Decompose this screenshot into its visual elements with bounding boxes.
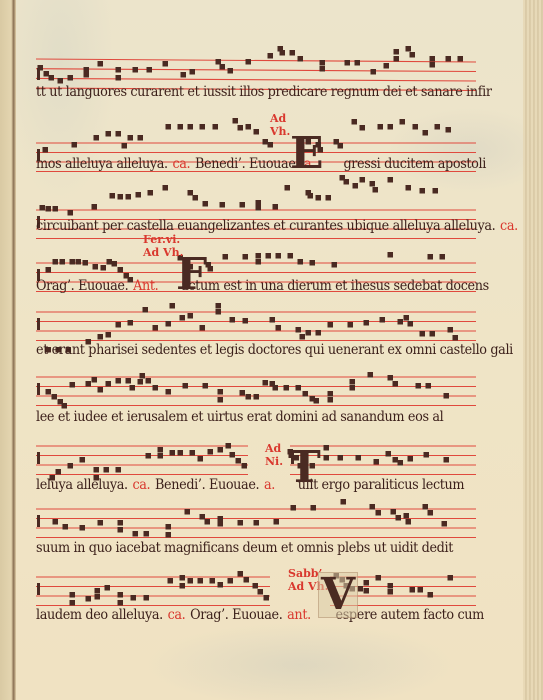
neume-note xyxy=(126,194,132,200)
neume-note xyxy=(116,75,122,81)
neume-note xyxy=(130,385,136,391)
neume-note xyxy=(428,254,434,260)
neume-note xyxy=(244,577,250,583)
neume-note xyxy=(84,67,90,73)
chant-text-line: tt ut languores curarent et iussit illos… xyxy=(36,84,473,102)
staff-line xyxy=(36,69,476,72)
neume-note xyxy=(388,124,394,130)
neume-note xyxy=(158,447,164,453)
neume-note xyxy=(444,457,450,463)
chant-text: et erant pharisei sedentes et legis doct… xyxy=(36,342,513,358)
neume-note xyxy=(430,331,436,337)
neume-note xyxy=(253,583,259,589)
neume-note xyxy=(40,205,46,211)
neume-note xyxy=(230,452,236,458)
chant-text: mos alleluya alleluya. xyxy=(36,156,168,172)
rubric-line: Ad xyxy=(265,442,283,455)
neume-note xyxy=(311,505,317,511)
neume-note xyxy=(254,129,260,135)
neume-note xyxy=(200,124,206,130)
neume-note xyxy=(118,527,124,533)
neume-note xyxy=(181,72,187,78)
chant-text: ulit ergo paraliticus lectum xyxy=(298,477,464,493)
clef-icon xyxy=(37,583,40,595)
neume-note xyxy=(216,303,222,309)
clef-icon xyxy=(37,318,40,330)
neume-note xyxy=(80,457,86,463)
neume-note xyxy=(398,460,404,466)
neume-note xyxy=(240,202,246,208)
neume-note xyxy=(118,267,124,273)
neume-note xyxy=(112,261,118,267)
neume-note xyxy=(116,467,122,473)
neume-note xyxy=(394,56,400,62)
neume-note xyxy=(288,253,294,259)
neume-note xyxy=(316,195,322,201)
neume-note xyxy=(314,398,320,404)
decorated-initial: F xyxy=(176,253,207,297)
neume-note xyxy=(243,254,249,260)
neume-note xyxy=(240,390,246,396)
neume-note xyxy=(198,578,204,584)
neume-note xyxy=(138,135,144,141)
neume-note xyxy=(413,124,419,130)
neume-note xyxy=(423,130,429,136)
neume-note xyxy=(216,59,222,65)
neume-note xyxy=(133,531,139,537)
neume-note xyxy=(391,509,397,515)
neume-note xyxy=(268,53,274,59)
neume-note xyxy=(218,582,224,588)
neume-note xyxy=(256,259,262,265)
neume-note xyxy=(348,322,354,328)
neume-note xyxy=(220,64,226,70)
neume-note xyxy=(166,124,172,130)
neume-note xyxy=(326,195,332,201)
rubric-line: Ni. xyxy=(265,455,283,468)
neume-note xyxy=(254,394,260,400)
neume-note xyxy=(93,264,99,270)
neume-note xyxy=(368,372,374,378)
neume-note xyxy=(94,135,100,141)
neume-note xyxy=(345,60,351,66)
neume-note xyxy=(213,124,219,130)
neume-note xyxy=(384,63,390,69)
neume-note xyxy=(398,319,404,325)
neume-note xyxy=(238,520,244,526)
neume-note xyxy=(200,514,206,520)
rubric-line: Vh. xyxy=(270,125,290,138)
neume-note xyxy=(128,320,134,326)
neume-note xyxy=(158,453,164,459)
neume-note xyxy=(116,67,122,73)
neume-note xyxy=(70,382,76,388)
neume-note xyxy=(230,317,236,323)
neume-note xyxy=(106,381,112,387)
staff xyxy=(36,499,476,538)
neume-note xyxy=(56,469,62,475)
neume-note xyxy=(153,385,159,391)
neume-note xyxy=(408,456,414,462)
neume-note xyxy=(49,75,55,81)
chant-text: gressi ducitem apostoli xyxy=(343,156,486,172)
neume-note xyxy=(430,62,436,68)
neume-note xyxy=(306,330,312,336)
neume-note xyxy=(353,183,359,189)
neume-note xyxy=(95,588,101,594)
neume-note xyxy=(418,587,424,593)
neume-note xyxy=(285,185,291,191)
neume-note xyxy=(408,321,414,327)
neume-note xyxy=(168,578,174,584)
neume-note xyxy=(220,202,226,208)
neume-note xyxy=(144,595,150,601)
neume-note xyxy=(355,60,361,66)
neume-note xyxy=(62,403,68,409)
neume-note xyxy=(76,259,82,265)
neume-note xyxy=(356,455,362,461)
rubric-heading: AdVh. xyxy=(270,112,290,138)
rubric-text: Ant. xyxy=(133,278,158,294)
neume-note xyxy=(68,75,74,81)
neume-note xyxy=(370,181,376,187)
neume-note xyxy=(440,254,446,260)
neume-note xyxy=(376,575,382,581)
neume-note xyxy=(308,193,314,199)
neume-note xyxy=(370,504,376,510)
rubric-line: Ad xyxy=(270,112,290,125)
neume-note xyxy=(291,505,297,511)
decorated-initial: E xyxy=(290,132,324,176)
neume-note xyxy=(80,525,86,531)
neume-note xyxy=(46,267,52,273)
neume-note xyxy=(435,124,441,130)
neume-note xyxy=(458,56,464,62)
chant-text-line: Orag’. Euouae.Ant.actum est in una dieru… xyxy=(36,278,473,296)
neume-note xyxy=(218,521,224,527)
neume-note xyxy=(373,187,379,193)
neume-note xyxy=(136,192,142,198)
neume-note xyxy=(180,583,186,589)
neume-note xyxy=(388,589,394,595)
neume-note xyxy=(388,252,394,258)
neume-note xyxy=(216,309,222,315)
chant-text: laudem deo alleluya. xyxy=(36,607,163,623)
neume-note xyxy=(140,373,146,379)
neume-note xyxy=(280,50,286,56)
chant-text: lee et iudee et ierusalem et uirtus erat… xyxy=(36,409,443,425)
neume-note xyxy=(146,453,152,459)
neume-note xyxy=(364,588,370,594)
neume-note xyxy=(53,259,59,265)
neume-note xyxy=(256,253,262,259)
neume-note xyxy=(270,317,276,323)
neume-note xyxy=(380,317,386,323)
neume-note xyxy=(60,259,66,265)
neume-note xyxy=(406,46,412,52)
neume-note xyxy=(258,589,264,595)
neume-note xyxy=(273,385,279,391)
chant-text: suum in quo iacebat magnificans deum et … xyxy=(36,540,453,556)
chant-text: Benedi’. Euouae. xyxy=(195,156,299,172)
neume-note xyxy=(133,67,139,73)
neume-note xyxy=(236,458,242,464)
neume-note xyxy=(180,315,186,321)
neume-note xyxy=(205,519,211,525)
neume-note xyxy=(188,190,194,196)
neume-note xyxy=(341,499,347,505)
neume-note xyxy=(107,259,113,265)
chant-text-line: circuibant per castella euangelizantes e… xyxy=(36,218,473,236)
neume-note xyxy=(264,595,270,601)
neume-note xyxy=(388,583,394,589)
neume-note xyxy=(118,194,124,200)
neume-note xyxy=(328,322,334,328)
neume-note xyxy=(98,387,104,393)
neume-note xyxy=(104,467,110,473)
neume-note xyxy=(203,383,209,389)
neume-note xyxy=(273,204,279,210)
neume-note xyxy=(284,385,290,391)
neume-note xyxy=(420,331,426,337)
rubric-text: ca. xyxy=(500,218,518,234)
neume-note xyxy=(166,389,172,395)
neume-note xyxy=(116,131,122,137)
neume-note xyxy=(147,67,153,73)
neume-note xyxy=(448,575,454,581)
neume-note xyxy=(428,510,434,516)
neume-note xyxy=(276,253,282,259)
neume-note xyxy=(188,578,194,584)
chant-text: Orag’. Euouae. xyxy=(190,607,282,623)
neume-note xyxy=(148,190,154,196)
neume-note xyxy=(263,139,269,145)
neume-note xyxy=(360,177,366,183)
neume-note xyxy=(166,321,172,327)
neume-note xyxy=(410,52,416,58)
neume-note xyxy=(126,378,132,384)
neume-note xyxy=(376,510,382,516)
neume-note xyxy=(116,378,122,384)
neume-note xyxy=(110,193,116,199)
neume-note xyxy=(52,394,58,400)
neume-note xyxy=(86,381,92,387)
neume-note xyxy=(228,68,234,74)
neume-note xyxy=(92,377,98,383)
neume-note xyxy=(118,592,124,598)
neume-note xyxy=(185,509,191,515)
neume-note xyxy=(256,200,262,206)
neume-note xyxy=(396,515,402,521)
neume-note xyxy=(424,452,430,458)
chant-text-line: suum in quo iacebat magnificans deum et … xyxy=(36,540,473,558)
neume-note xyxy=(446,127,452,133)
chant-text: circuibant per castella euangelizantes e… xyxy=(36,218,495,234)
neume-note xyxy=(83,260,89,266)
neume-note xyxy=(324,445,330,451)
neume-note xyxy=(208,449,214,455)
neume-note xyxy=(143,307,149,313)
neume-note xyxy=(386,451,392,457)
neume-note xyxy=(198,456,204,462)
neume-note xyxy=(58,78,64,84)
neume-note xyxy=(228,578,234,584)
neume-note xyxy=(246,124,252,130)
neume-note xyxy=(68,210,74,216)
neume-note xyxy=(106,332,112,338)
neume-note xyxy=(101,265,107,271)
neume-note xyxy=(393,457,399,463)
neume-note xyxy=(263,380,269,386)
neume-note xyxy=(106,131,112,137)
neume-note xyxy=(98,334,104,340)
neume-note xyxy=(72,142,78,148)
staff xyxy=(36,571,270,606)
staff-line xyxy=(36,78,476,81)
chant-text-line: laudem deo alleluya.ca.Orag’. Euouae.ant… xyxy=(36,607,473,625)
neume-note xyxy=(180,575,186,581)
neume-note xyxy=(238,571,244,577)
decorated-initial: T xyxy=(288,446,321,490)
neume-note xyxy=(218,447,224,453)
neume-note xyxy=(364,580,370,586)
neume-note xyxy=(43,147,49,153)
neume-note xyxy=(226,443,232,449)
neume-note xyxy=(218,397,224,403)
neume-note xyxy=(406,519,412,525)
neume-note xyxy=(300,334,306,340)
neume-note xyxy=(316,330,322,336)
neume-note xyxy=(410,587,416,593)
neume-note xyxy=(426,383,432,389)
neume-note xyxy=(233,118,239,124)
neume-note xyxy=(92,204,98,210)
neume-note xyxy=(203,201,209,207)
neume-note xyxy=(320,66,326,72)
neume-note xyxy=(352,119,358,125)
neume-note xyxy=(416,383,422,389)
neume-note xyxy=(268,142,274,148)
neume-note xyxy=(400,119,406,125)
neume-note xyxy=(338,455,344,461)
neume-note xyxy=(163,185,169,191)
neume-note xyxy=(53,206,59,212)
neume-note xyxy=(166,532,172,538)
neume-note xyxy=(208,266,214,272)
neume-note xyxy=(46,389,52,395)
neume-note xyxy=(453,335,459,341)
neume-note xyxy=(448,327,454,333)
neume-note xyxy=(371,69,377,75)
neume-note xyxy=(116,322,122,328)
neume-note xyxy=(70,259,76,265)
neume-note xyxy=(200,325,206,331)
neume-note xyxy=(178,124,184,130)
neume-note xyxy=(360,125,366,131)
neume-note xyxy=(193,195,199,201)
neume-note xyxy=(303,391,309,397)
chant-text: actum est in una dierum et ihesus sedeba… xyxy=(181,278,489,294)
neume-note xyxy=(428,592,434,598)
neume-note xyxy=(298,259,304,265)
neume-note xyxy=(332,262,338,268)
neume-note xyxy=(310,260,316,266)
neume-note xyxy=(242,463,248,469)
neume-note xyxy=(406,185,412,191)
neume-note xyxy=(118,520,124,526)
neume-note xyxy=(238,125,244,131)
chant-text-line: et erant pharisei sedentes et legis doct… xyxy=(36,342,473,360)
neume-note xyxy=(430,56,436,62)
neume-note xyxy=(246,394,252,400)
neume-note xyxy=(298,56,304,62)
rubric-text: ant. xyxy=(287,607,311,623)
neume-note xyxy=(442,521,448,527)
chant-text-line: lee et iudee et ierusalem et uirtus erat… xyxy=(36,409,473,427)
neume-note xyxy=(210,578,216,584)
neume-note xyxy=(46,206,52,212)
rubric-text: ca. xyxy=(172,156,190,172)
neume-note xyxy=(404,315,410,321)
decorated-initial: V xyxy=(318,572,358,618)
chant-text-line: leluya alleluya.ca.Benedi’. Euouae.a.uli… xyxy=(36,477,473,495)
neume-note xyxy=(254,520,260,526)
neume-note xyxy=(166,524,172,530)
neume-note xyxy=(218,389,224,395)
neume-note xyxy=(190,450,196,456)
neume-note xyxy=(420,188,426,194)
clef-icon xyxy=(37,515,40,527)
neume-note xyxy=(350,379,356,385)
neume-note xyxy=(338,143,344,149)
neume-note xyxy=(188,124,194,130)
neume-note xyxy=(94,467,100,473)
neume-note xyxy=(324,455,330,461)
neume-note xyxy=(344,179,350,185)
neume-note xyxy=(276,325,282,331)
neume-note xyxy=(320,60,326,66)
neume-note xyxy=(404,513,410,519)
neume-note xyxy=(446,56,452,62)
manuscript-page: tt ut languores curarent et iussit illos… xyxy=(0,0,543,700)
neume-note xyxy=(188,313,194,319)
rubric-text: ca. xyxy=(168,607,186,623)
neume-note xyxy=(364,320,370,326)
neume-note xyxy=(70,592,76,598)
neume-note xyxy=(223,254,229,260)
clef-icon xyxy=(37,452,40,464)
chant-text: Orag’. Euouae. xyxy=(36,278,128,294)
neume-note xyxy=(146,378,152,384)
neume-note xyxy=(423,504,429,510)
neume-note xyxy=(131,595,137,601)
clef-icon xyxy=(37,383,40,395)
neume-note xyxy=(328,391,334,397)
neume-note xyxy=(170,450,176,456)
neume-note xyxy=(98,61,104,67)
neume-note xyxy=(53,519,59,525)
neume-note xyxy=(122,143,128,149)
neume-note xyxy=(256,205,262,211)
neume-note xyxy=(296,327,302,333)
chant-text: leluya alleluya. xyxy=(36,477,128,493)
rubric-line: Fer.vi. xyxy=(143,233,183,246)
neume-note xyxy=(328,397,334,403)
neume-note xyxy=(38,65,44,71)
neume-note xyxy=(63,524,69,530)
neume-note xyxy=(183,383,189,389)
neume-note xyxy=(98,520,104,526)
